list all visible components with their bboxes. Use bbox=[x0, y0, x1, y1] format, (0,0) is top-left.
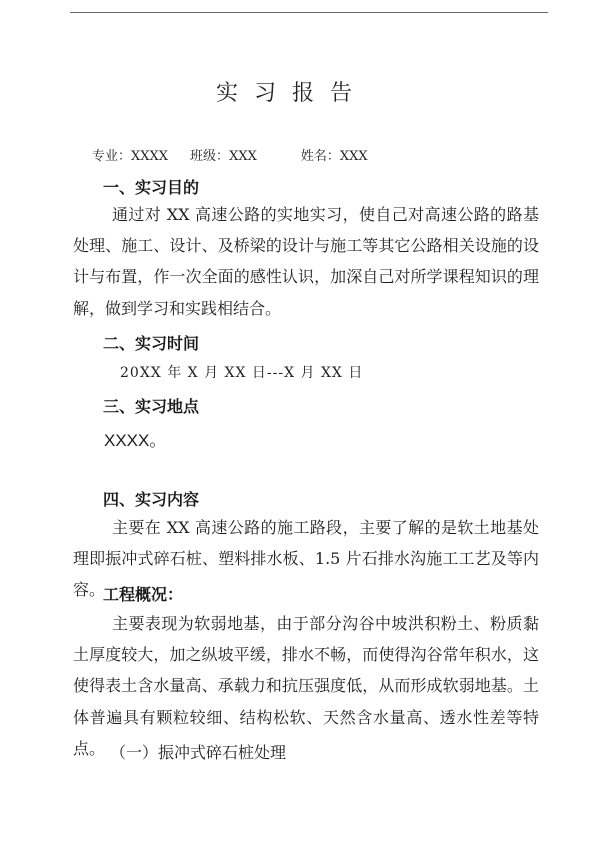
document-title: 实习报告 bbox=[216, 76, 368, 107]
section-paragraph-purpose: 通过对 XX 高速公路的实地实习，使自己对高速公路的路基处理、施工、设计、及桥梁… bbox=[73, 199, 539, 324]
item-heading-vibro-gravel-pile: （一）振冲式碎石桩处理 bbox=[110, 740, 286, 763]
internship-location: XXXX。 bbox=[104, 426, 166, 451]
class-value: XXX bbox=[229, 149, 257, 164]
student-info-line: 专业：XXXX班级：XXX姓名：XXX bbox=[92, 145, 368, 164]
class-label: 班级： bbox=[190, 145, 229, 164]
section-heading-content: 四、实习内容 bbox=[103, 487, 199, 510]
major-label: 专业： bbox=[92, 145, 131, 164]
subheading-overview: 工程概况： bbox=[103, 582, 183, 605]
name-label: 姓名： bbox=[301, 145, 340, 164]
major-value: XXXX bbox=[131, 149, 168, 164]
section-heading-time: 二、实习时间 bbox=[103, 331, 199, 354]
section-heading-purpose: 一、实习目的 bbox=[103, 175, 199, 198]
section-heading-location: 三、实习地点 bbox=[103, 394, 199, 417]
internship-dates: 20XX 年 X 月 XX 日---X 月 XX 日 bbox=[120, 362, 363, 382]
document-page: 实习报告 专业：XXXX班级：XXX姓名：XXX 一、实习目的 通过对 XX 高… bbox=[0, 0, 600, 850]
name-value: XXX bbox=[340, 149, 368, 164]
header-rule bbox=[70, 12, 548, 13]
